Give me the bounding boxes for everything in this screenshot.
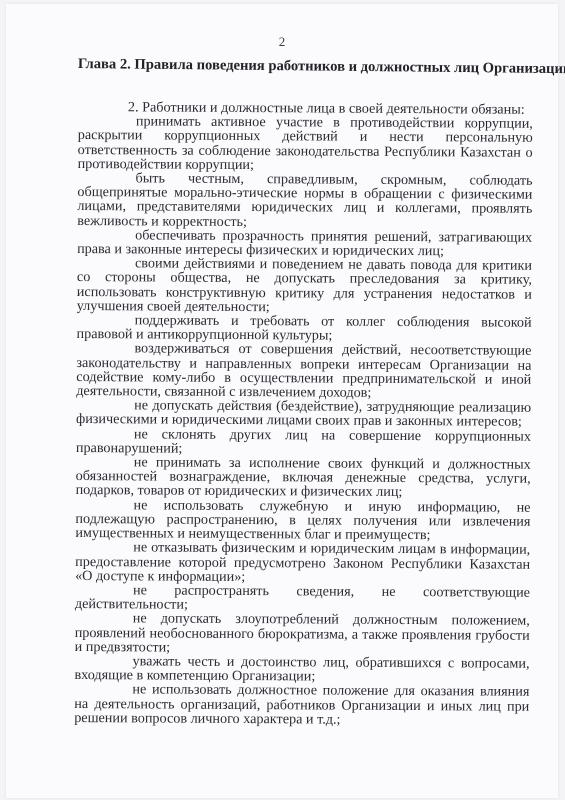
list-item: не использовать должностное положение дл… — [74, 682, 529, 727]
list-item: своими действиями и поведением не давать… — [77, 256, 532, 316]
document-page: 2 Глава 2. Правила поведения работников … — [6, 4, 558, 798]
list-item: не допускать злоупотреблений должностным… — [75, 611, 530, 656]
list-item: поддерживать и требовать от коллег соблю… — [77, 313, 532, 344]
list-item: принимать активное участие в противодейс… — [78, 114, 533, 174]
list-item: обеспечивать прозрачность принятия решен… — [77, 228, 532, 259]
list-item: уважать честь и достоинство лиц, обратив… — [74, 654, 529, 685]
list-item: не допускать действия (бездействие), зат… — [76, 398, 531, 429]
list-item: не использовать служебную и иную информа… — [75, 498, 530, 543]
page-number: 2 — [6, 34, 558, 50]
list-item: быть честным, справедливым, скромным, со… — [77, 171, 532, 231]
list-item: воздерживаться от совершения действий, н… — [76, 341, 531, 401]
chapter-title: Глава 2. Правила поведения работников и … — [78, 56, 558, 78]
document-body: 2. Работники и должностные лица в своей … — [74, 100, 533, 728]
list-item: не принимать за исполнение своих функций… — [76, 455, 531, 500]
list-item: не распространять сведения, не соответст… — [75, 583, 530, 614]
list-item: не отказывать физическим и юридическим л… — [75, 540, 530, 585]
list-item: не склонять других лиц на совершение кор… — [76, 427, 531, 458]
